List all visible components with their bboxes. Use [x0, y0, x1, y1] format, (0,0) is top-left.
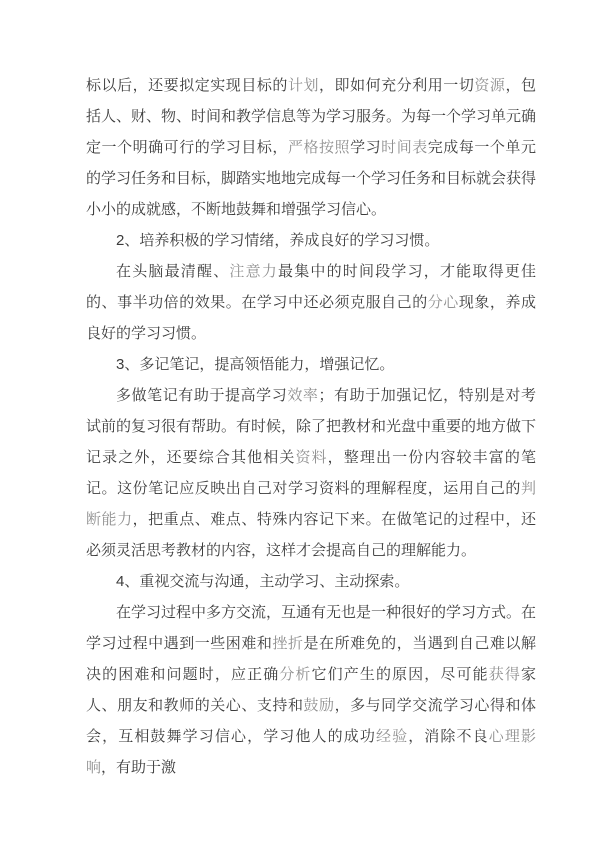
- paragraph-4: 多做笔记有助于提高学习效率；有助于加强记忆，特别是对考试前的复习很有帮助。有时候…: [86, 380, 536, 566]
- text-segment: ，把重点、难点、特殊内容记下来。在做笔记的过程中，还必须灵活思考教材的内容，这样…: [86, 511, 536, 559]
- paragraph-2: 在头脑最清醒、注意力最集中的时间段学习，才能取得更佳的、事半功倍的效果。在学习中…: [86, 256, 536, 349]
- text-segment: 4、重视交流与沟通，主动学习、主动探索。: [116, 573, 409, 590]
- text-segment: 2、培养积极的学习情绪，养成良好的学习习惯。: [116, 232, 439, 249]
- text-segment: 多做笔记有助于提高学习: [116, 387, 287, 404]
- keyword-link[interactable]: 挫折: [272, 635, 303, 652]
- keyword-link[interactable]: 资料: [295, 449, 327, 466]
- document-text-block: 标以后，还要拟定实现目标的计划，即如何充分利用一切资源，包括人、财、物、时间和教…: [86, 70, 536, 783]
- text-segment: ，即如何充分利用一切: [319, 77, 474, 94]
- heading-1: 2、培养积极的学习情绪，养成良好的学习习惯。: [86, 225, 536, 256]
- text-segment: 它们产生的原因，尽可能: [312, 666, 489, 683]
- keyword-link[interactable]: 效率: [287, 387, 318, 404]
- heading-3: 3、多记笔记，提高领悟能力，增强记忆。: [86, 349, 536, 380]
- keyword-link[interactable]: 分析: [279, 666, 311, 683]
- keyword-link[interactable]: 计划: [288, 77, 319, 94]
- heading-5: 4、重视交流与沟通，主动学习、主动探索。: [86, 566, 536, 597]
- paragraph-6: 在学习过程中多方交流，互通有无也是一种很好的学习方式。在学习过程中遇到一些困难和…: [86, 597, 536, 783]
- text-segment: 标以后，还要拟定实现目标的: [86, 77, 288, 94]
- keyword-link[interactable]: 经验: [376, 728, 408, 745]
- text-segment: ，有助于激: [101, 759, 176, 776]
- document-page: 标以后，还要拟定实现目标的计划，即如何充分利用一切资源，包括人、财、物、时间和教…: [0, 0, 595, 842]
- keyword-link[interactable]: 鼓励: [303, 697, 334, 714]
- keyword-link[interactable]: 资源: [474, 77, 505, 94]
- text-segment: 学习: [350, 139, 381, 156]
- paragraph-0: 标以后，还要拟定实现目标的计划，即如何充分利用一切资源，包括人、财、物、时间和教…: [86, 70, 536, 225]
- keyword-link[interactable]: 分心: [428, 294, 459, 311]
- keyword-link[interactable]: 注意力: [229, 263, 278, 280]
- keyword-link[interactable]: 时间表: [381, 139, 428, 156]
- text-segment: 在头脑最清醒、: [116, 263, 229, 280]
- text-segment: 3、多记笔记，提高领悟能力，增强记忆。: [116, 356, 394, 373]
- keyword-link[interactable]: 严格按照: [288, 139, 350, 156]
- text-segment: ，消除不良: [408, 728, 489, 745]
- keyword-link[interactable]: 获得: [489, 666, 521, 683]
